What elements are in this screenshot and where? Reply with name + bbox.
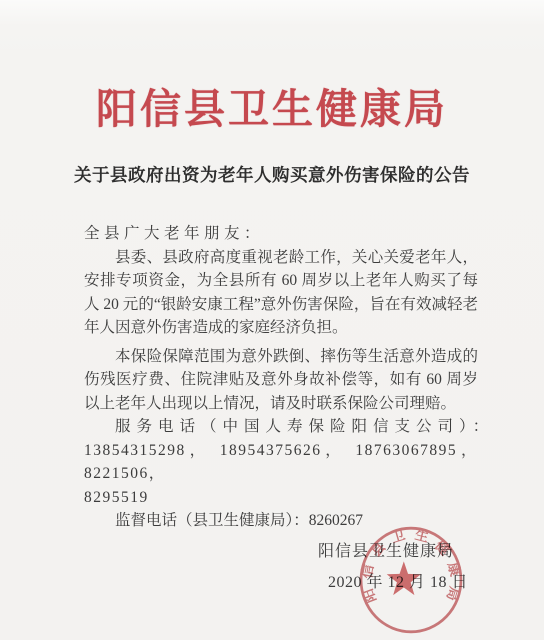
signature-date: 2020 年 12 月 18 日	[328, 569, 468, 592]
agency-header-title: 阳信县卫生健康局	[0, 84, 544, 135]
service-phone-numbers-line2: 8295519	[84, 486, 478, 510]
body-paragraph-2: 本保险保障范围为意外跌倒、摔伤等生活意外造成的伤残医疗费、住院津贴及意外身故补偿…	[84, 345, 478, 416]
announcement-title: 关于县政府出资为老年人购买意外伤害保险的公告	[0, 162, 544, 187]
document-page: 阳信县卫生健康局 关于县政府出资为老年人购买意外伤害保险的公告 全县广大老年朋友…	[0, 0, 544, 640]
signature-org: 阳信县卫生健康局	[318, 538, 468, 561]
body-paragraph-1: 县委、县政府高度重视老龄工作，关心关爱老年人，安排专项资金，为全县所有 60 周…	[84, 246, 478, 340]
document-body: 全县广大老年朋友： 县委、县政府高度重视老龄工作，关心关爱老年人，安排专项资金，…	[84, 222, 478, 533]
service-phone-numbers-line1: 13854315298， 18954375626， 18763067895， 8…	[84, 439, 478, 486]
service-phone-label: 服务电话（中国人寿保险阳信支公司）：	[84, 415, 478, 439]
supervision-phone-line: 监督电话（县卫生健康局）：8260267	[84, 509, 478, 533]
salutation-line: 全县广大老年朋友：	[84, 222, 478, 246]
signature-block: 阳信县卫生健康局 2020 年 12 月 18 日	[318, 538, 468, 592]
